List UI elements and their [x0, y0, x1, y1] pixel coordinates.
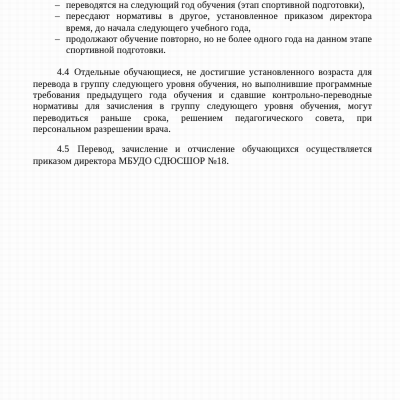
bullet-list: – переводятся на следующий год обучения … — [33, 1, 372, 57]
paragraph-4-4: 4.4 Отдельные обучающиеся, не достигшие … — [33, 68, 372, 136]
document-content: – переводятся на следующий год обучения … — [33, 1, 372, 168]
list-item: – переводятся на следующий год обучения … — [33, 1, 372, 12]
paragraph-number: 4.5 — [57, 145, 69, 155]
list-item: – продолжают обучение повторно, но не бо… — [33, 35, 372, 58]
bullet-text: продолжают обучение повторно, но не боле… — [66, 35, 372, 56]
bullet-text: переводятся на следующий год обучения (э… — [66, 1, 365, 11]
dash-marker-icon: – — [55, 1, 60, 12]
paragraph-4-5: 4.5 Перевод, зачисление и отчисление обу… — [33, 145, 372, 168]
dash-marker-icon: – — [55, 12, 60, 23]
scanned-document-page: – переводятся на следующий год обучения … — [0, 0, 400, 400]
dash-marker-icon: – — [55, 35, 60, 46]
list-item: – пересдают нормативы в другое, установл… — [33, 12, 372, 35]
paragraph-text: Отдельные обучающиеся, не достигшие уста… — [33, 68, 372, 134]
paragraph-text: Перевод, зачисление и отчисление обучающ… — [33, 145, 372, 166]
paragraph-number: 4.4 — [57, 68, 69, 78]
bullet-text: пересдают нормативы в другое, установлен… — [66, 12, 372, 33]
